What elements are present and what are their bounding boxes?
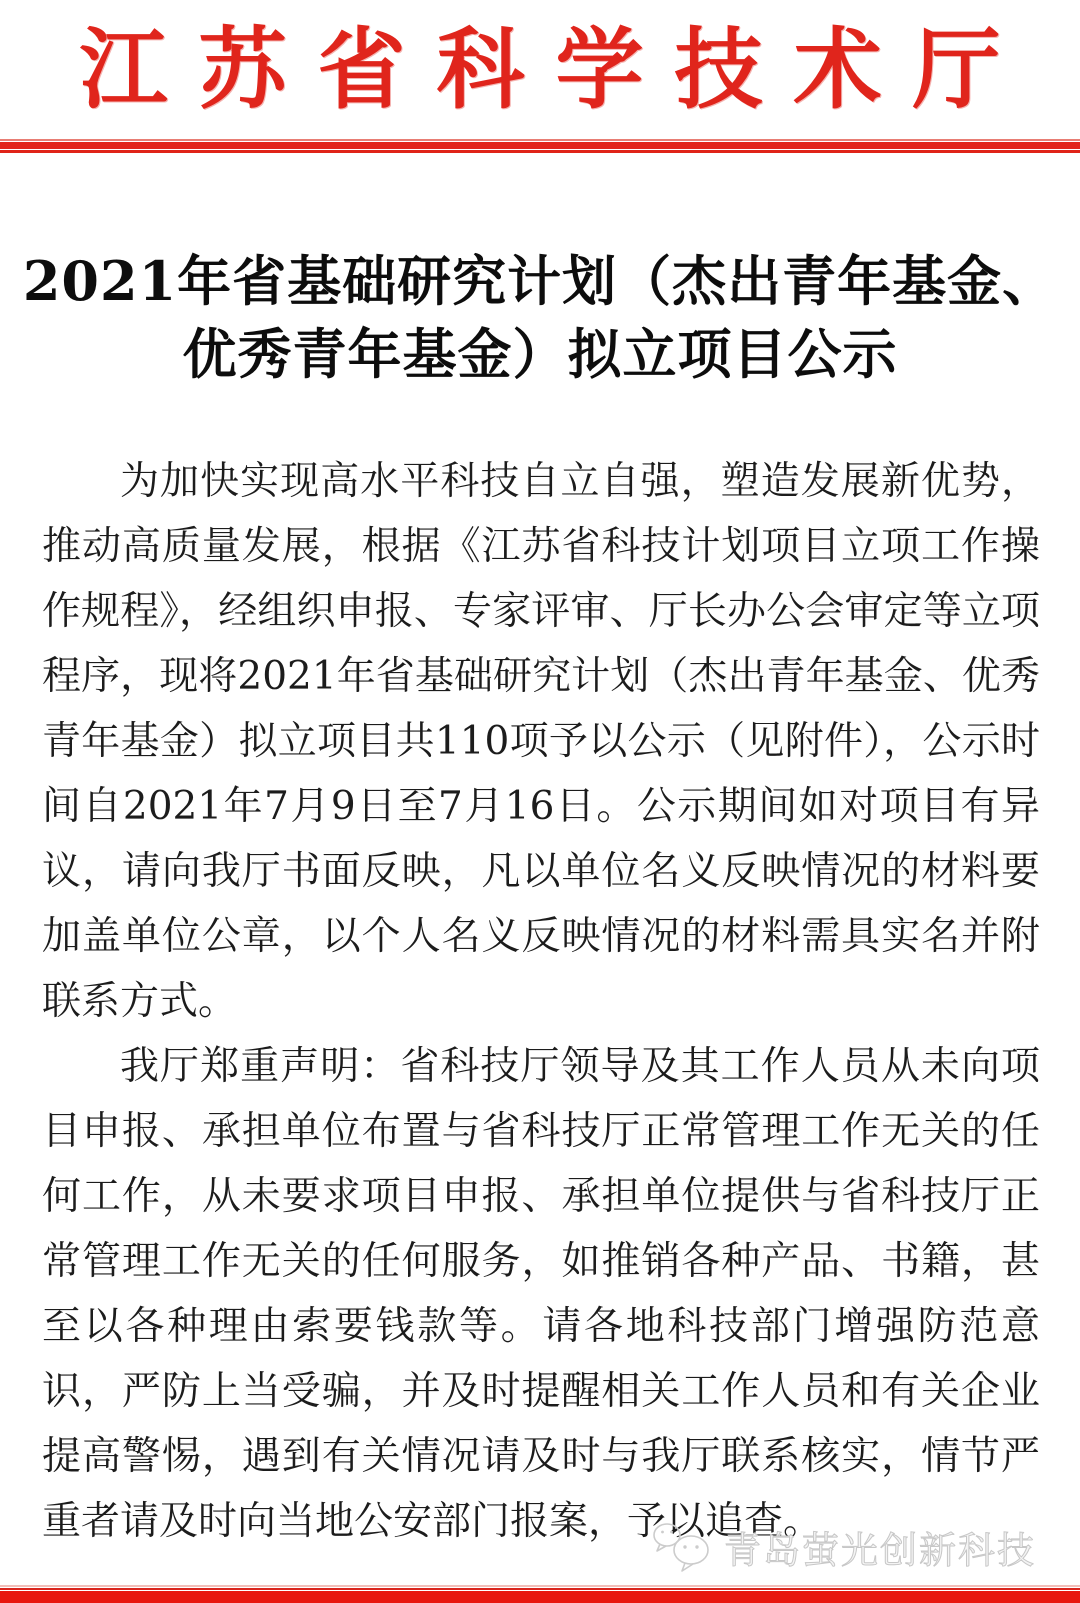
paragraph-declaration: 我厅郑重声明：省科技厅领导及其工作人员从未向项目申报、承担单位布置与省科技厅正常… (42, 1034, 1040, 1554)
letterhead: 江苏省科学技术厅 (0, 16, 1080, 122)
watermark: 青岛萤光创新科技 (652, 1520, 1036, 1574)
watermark-text: 青岛萤光创新科技 (724, 1520, 1036, 1574)
document-title-line1: 2021年省基础研究计划（杰出青年基金、 (0, 245, 1080, 318)
document-title-line2: 优秀青年基金）拟立项目公示 (0, 318, 1080, 391)
agency-name: 江苏省科学技术厅 (79, 16, 1031, 122)
wechat-icon (652, 1521, 714, 1573)
letterhead-separator-rule (0, 139, 1080, 153)
document-body: 为加快实现高水平科技自立自强，塑造发展新优势，推动高质量发展，根据《江苏省科技计… (42, 449, 1040, 1554)
paragraph-announcement: 为加快实现高水平科技自立自强，塑造发展新优势，推动高质量发展，根据《江苏省科技计… (42, 449, 1040, 1034)
document-page: 江苏省科学技术厅 2021年省基础研究计划（杰出青年基金、 优秀青年基金）拟立项… (0, 0, 1080, 1603)
bottom-border-rule (0, 1585, 1080, 1603)
document-title: 2021年省基础研究计划（杰出青年基金、 优秀青年基金）拟立项目公示 (0, 245, 1080, 391)
